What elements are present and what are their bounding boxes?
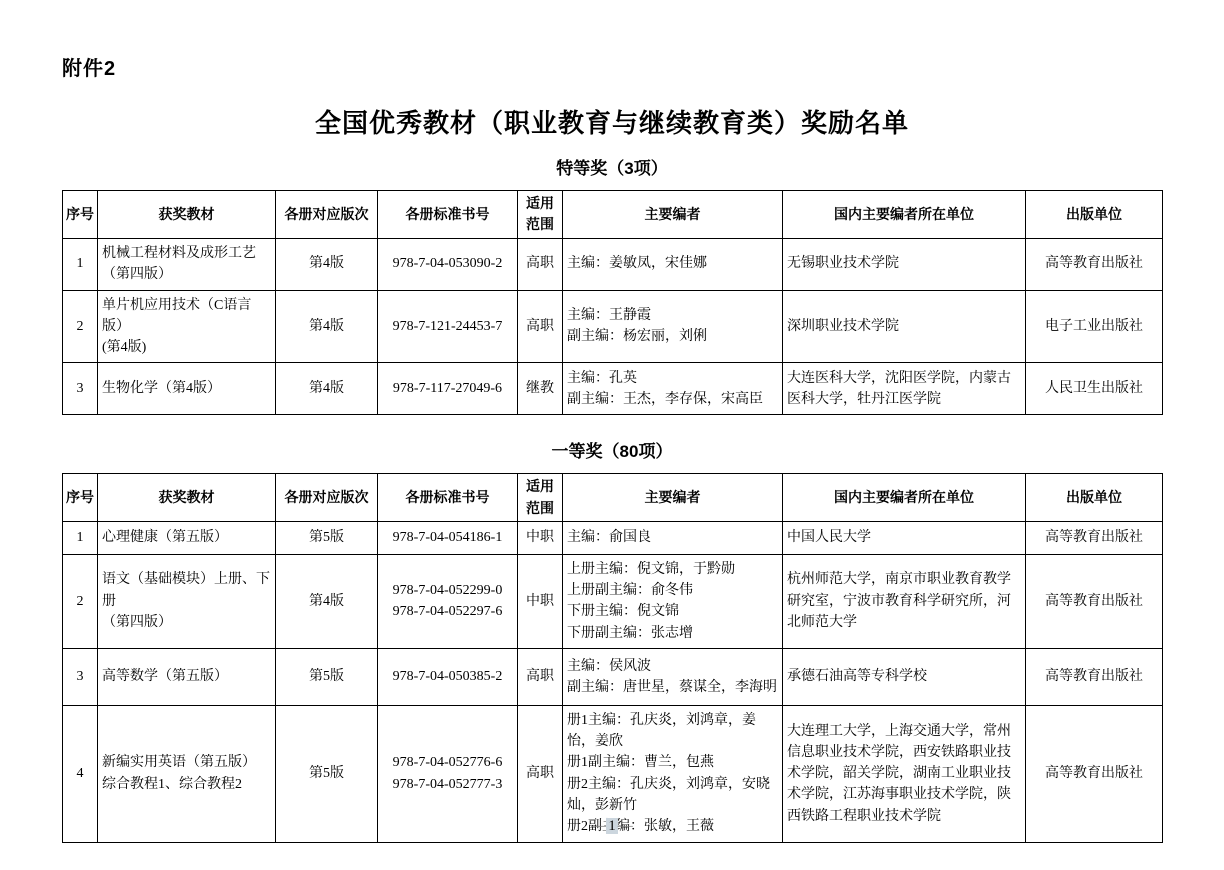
cell-scope: 高职 [518,648,563,705]
section-heading-special-award: 特等奖（3项） [62,154,1162,179]
cell-publisher: 电子工业出版社 [1026,290,1163,363]
page-footer: —1— [0,818,1224,835]
col-header-publisher: 出版单位 [1026,191,1163,239]
cell-editors: 主编：俞国良 [563,521,783,554]
cell-publisher: 高等教育出版社 [1026,238,1163,290]
cell-edition: 第4版 [276,238,378,290]
cell-no: 3 [63,363,98,415]
cell-textbook: 单片机应用技术（C语言版） (第4版) [98,290,276,363]
page-number-right-dash: — [618,818,633,834]
col-header-editors: 主要编者 [563,474,783,522]
cell-no: 3 [63,648,98,705]
cell-org: 大连医科大学，沈阳医学院，内蒙古医科大学，牡丹江医学院 [783,363,1026,415]
table-row: 2 语文（基础模块）上册、下册 （第四版） 第4版 978-7-04-05229… [63,554,1163,648]
attachment-label: 附件2 [62,52,1162,81]
cell-scope: 高职 [518,238,563,290]
cell-editors: 主编：侯风波 副主编：唐世星，蔡谋全，李海明 [563,648,783,705]
col-header-org: 国内主要编者所在单位 [783,474,1026,522]
cell-scope: 中职 [518,521,563,554]
table-row: 1 机械工程材料及成形工艺 （第四版） 第4版 978-7-04-053090-… [63,238,1163,290]
cell-scope: 中职 [518,554,563,648]
col-header-scope: 适用 范围 [518,191,563,239]
cell-publisher: 人民卫生出版社 [1026,363,1163,415]
first-award-table: 序号 获奖教材 各册对应版次 各册标准书号 适用 范围 主要编者 国内主要编者所… [62,473,1163,842]
cell-no: 2 [63,554,98,648]
cell-edition: 第4版 [276,290,378,363]
document-page: 附件2 全国优秀教材（职业教育与继续教育类）奖励名单 特等奖（3项） 序号 获奖… [62,0,1162,843]
col-header-no: 序号 [63,191,98,239]
table-header-row: 序号 获奖教材 各册对应版次 各册标准书号 适用 范围 主要编者 国内主要编者所… [63,474,1163,522]
col-header-editors: 主要编者 [563,191,783,239]
cell-publisher: 高等教育出版社 [1026,554,1163,648]
cell-textbook: 心理健康（第五版） [98,521,276,554]
cell-isbn: 978-7-117-27049-6 [378,363,518,415]
cell-no: 1 [63,238,98,290]
col-header-textbook: 获奖教材 [98,474,276,522]
section-heading-first-award: 一等奖（80项） [62,437,1162,462]
page-number: 1 [606,818,618,834]
table-row: 1 心理健康（第五版） 第5版 978-7-04-054186-1 中职 主编：… [63,521,1163,554]
cell-publisher: 高等教育出版社 [1026,648,1163,705]
col-header-no: 序号 [63,474,98,522]
cell-edition: 第5版 [276,521,378,554]
table-row: 3 生物化学（第4版） 第4版 978-7-117-27049-6 继教 主编：… [63,363,1163,415]
cell-org: 无锡职业技术学院 [783,238,1026,290]
cell-edition: 第4版 [276,363,378,415]
cell-publisher: 高等教育出版社 [1026,521,1163,554]
cell-org: 深圳职业技术学院 [783,290,1026,363]
cell-editors: 主编：姜敏凤，宋佳娜 [563,238,783,290]
cell-editors: 主编：王静霞 副主编：杨宏丽，刘俐 [563,290,783,363]
cell-no: 2 [63,290,98,363]
col-header-publisher: 出版单位 [1026,474,1163,522]
page-number-left-dash: — [591,818,606,834]
col-header-org: 国内主要编者所在单位 [783,191,1026,239]
cell-org: 中国人民大学 [783,521,1026,554]
special-award-table: 序号 获奖教材 各册对应版次 各册标准书号 适用 范围 主要编者 国内主要编者所… [62,190,1163,415]
col-header-scope: 适用 范围 [518,474,563,522]
table-header-row: 序号 获奖教材 各册对应版次 各册标准书号 适用 范围 主要编者 国内主要编者所… [63,191,1163,239]
table-row: 2 单片机应用技术（C语言版） (第4版) 第4版 978-7-121-2445… [63,290,1163,363]
col-header-isbn: 各册标准书号 [378,474,518,522]
cell-textbook: 机械工程材料及成形工艺 （第四版） [98,238,276,290]
cell-scope: 高职 [518,290,563,363]
cell-org: 承德石油高等专科学校 [783,648,1026,705]
cell-isbn: 978-7-04-052299-0 978-7-04-052297-6 [378,554,518,648]
col-header-edition: 各册对应版次 [276,191,378,239]
cell-isbn: 978-7-121-24453-7 [378,290,518,363]
table-row: 3 高等数学（第五版） 第5版 978-7-04-050385-2 高职 主编：… [63,648,1163,705]
cell-isbn: 978-7-04-053090-2 [378,238,518,290]
cell-isbn: 978-7-04-054186-1 [378,521,518,554]
cell-org: 杭州师范大学，南京市职业教育教学研究室，宁波市教育科学研究所，河北师范大学 [783,554,1026,648]
document-title: 全国优秀教材（职业教育与继续教育类）奖励名单 [62,103,1162,140]
cell-edition: 第4版 [276,554,378,648]
cell-editors: 上册主编：倪文锦，于黔勋 上册副主编：俞冬伟 下册主编：倪文锦 下册副主编：张志… [563,554,783,648]
cell-edition: 第5版 [276,648,378,705]
col-header-edition: 各册对应版次 [276,474,378,522]
cell-editors: 主编：孔英 副主编：王杰，李存保，宋高臣 [563,363,783,415]
cell-no: 1 [63,521,98,554]
cell-textbook: 语文（基础模块）上册、下册 （第四版） [98,554,276,648]
cell-textbook: 高等数学（第五版） [98,648,276,705]
cell-textbook: 生物化学（第4版） [98,363,276,415]
col-header-textbook: 获奖教材 [98,191,276,239]
cell-isbn: 978-7-04-050385-2 [378,648,518,705]
col-header-isbn: 各册标准书号 [378,191,518,239]
cell-scope: 继教 [518,363,563,415]
